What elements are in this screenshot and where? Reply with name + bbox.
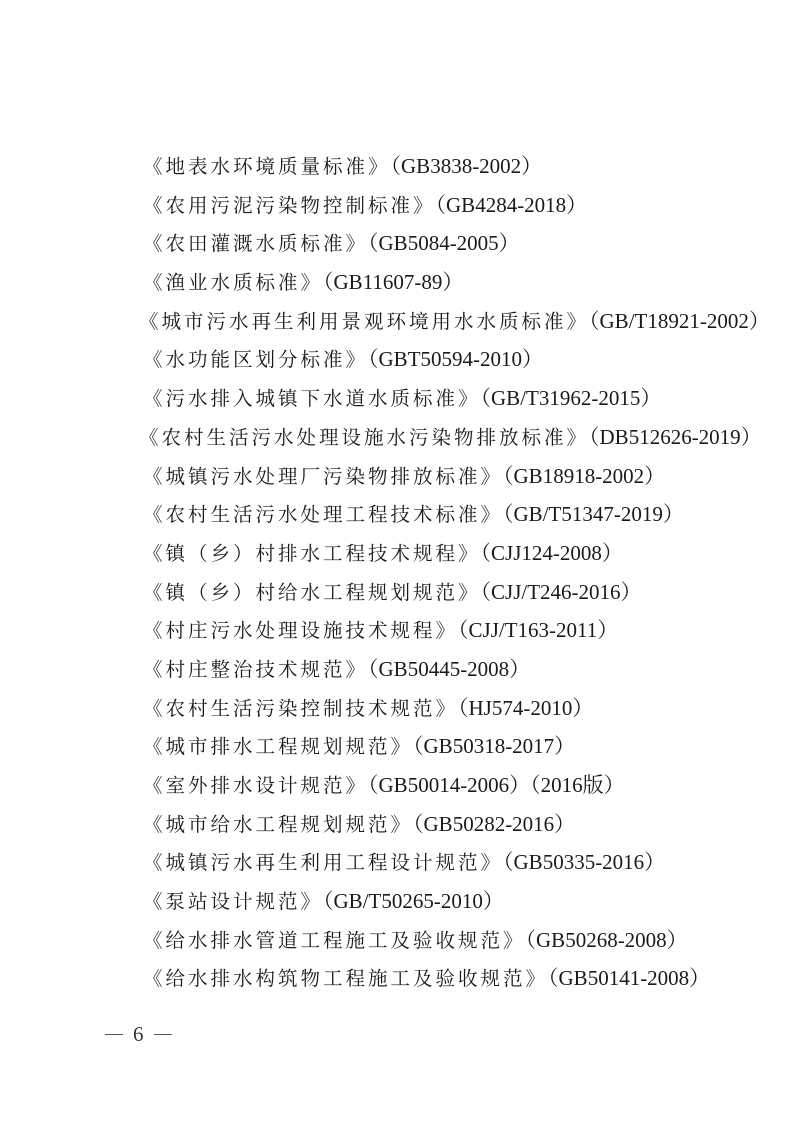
document-page: 《地表水环境质量标准》（GB3838-2002） 《农用污泥污染物控制标准》（G… [0, 0, 793, 1122]
reference-item: 《农村生活污染控制技术规范》（HJ574-2010） [143, 689, 770, 728]
reference-code: （GB4284-2018） [436, 193, 588, 217]
reference-item: 《室外排水设计规范》（GB50014-2006）（2016版） [143, 766, 770, 805]
reference-item: 《镇（乡）村排水工程技术规程》（CJJ124-2008） [143, 534, 770, 573]
dash-right [154, 1034, 172, 1035]
reference-item: 《农村生活污水处理工程技术标准》（GB/T51347-2019） [143, 495, 770, 534]
reference-code: （GB/T50265-2010） [323, 889, 504, 913]
reference-title: 《村庄整治技术规范》 [143, 658, 368, 681]
reference-code: （GB/T31962-2015） [481, 386, 662, 410]
reference-title: 《城镇污水再生利用工程设计规范》 [143, 851, 503, 874]
reference-code: （GB18918-2002） [503, 464, 665, 488]
reference-item: 《城镇污水处理厂污染物排放标准》（GB18918-2002） [143, 457, 770, 496]
reference-item: 《农用污泥污染物控制标准》（GB4284-2018） [143, 186, 770, 225]
reference-item: 《给水排水管道工程施工及验收规范》（GB50268-2008） [143, 921, 770, 960]
reference-code: （DB512626-2019） [589, 425, 762, 449]
reference-title: 《村庄污水处理设施技术规程》 [143, 619, 458, 642]
reference-item: 《污水排入城镇下水道水质标准》（GB/T31962-2015） [143, 379, 770, 418]
reference-code: （GB50318-2017） [413, 734, 575, 758]
reference-code: （GB50268-2008） [526, 928, 688, 952]
reference-item: 《城市排水工程规划规范》（GB50318-2017） [143, 727, 770, 766]
reference-title: 《镇（乡）村给水工程规划规范》 [143, 581, 481, 604]
reference-title: 《给水排水管道工程施工及验收规范》 [143, 929, 526, 952]
reference-code: （CJJ124-2008） [481, 541, 623, 565]
reference-code: （GB50014-2006）（2016版） [368, 773, 625, 797]
reference-item: 《农村生活污水处理设施水污染物排放标准》（DB512626-2019） [139, 418, 770, 457]
reference-title: 《给水排水构筑物工程施工及验收规范》 [143, 967, 548, 990]
reference-title: 《农村生活污水处理设施水污染物排放标准》 [139, 426, 589, 449]
reference-code: （HJ574-2010） [458, 696, 593, 720]
reference-code: （GB50335-2016） [503, 850, 665, 874]
dash-left [105, 1034, 123, 1035]
reference-item: 《村庄污水处理设施技术规程》（CJJ/T163-2011） [143, 611, 770, 650]
reference-item: 《村庄整治技术规范》（GB50445-2008） [143, 650, 770, 689]
reference-title: 《镇（乡）村排水工程技术规程》 [143, 542, 481, 565]
reference-title: 《城市给水工程规划规范》 [143, 813, 413, 836]
reference-item: 《镇（乡）村给水工程规划规范》（CJJ/T246-2016） [143, 573, 770, 612]
reference-item: 《水功能区划分标准》（GBT50594-2010） [143, 340, 770, 379]
reference-code: （GB50445-2008） [368, 657, 530, 681]
reference-item: 《城市给水工程规划规范》（GB50282-2016） [143, 805, 770, 844]
reference-code: （GB11607-89） [323, 270, 463, 294]
reference-title: 《渔业水质标准》 [143, 271, 323, 294]
page-number: 6 [105, 1022, 172, 1047]
reference-title: 《水功能区划分标准》 [143, 348, 368, 371]
reference-code: （GB50141-2008） [548, 966, 710, 990]
reference-code: （GB/T51347-2019） [503, 502, 684, 526]
reference-title: 《污水排入城镇下水道水质标准》 [143, 387, 481, 410]
reference-item: 《给水排水构筑物工程施工及验收规范》（GB50141-2008） [143, 959, 770, 998]
reference-item: 《地表水环境质量标准》（GB3838-2002） [143, 147, 770, 186]
reference-item: 《渔业水质标准》（GB11607-89） [143, 263, 770, 302]
reference-code: （GB50282-2016） [413, 812, 575, 836]
reference-item: 《泵站设计规范》（GB/T50265-2010） [143, 882, 770, 921]
reference-title: 《地表水环境质量标准》 [143, 155, 391, 178]
reference-code: （GB/T18921-2002） [589, 309, 770, 333]
reference-title: 《农用污泥污染物控制标准》 [143, 194, 436, 217]
reference-item: 《农田灌溉水质标准》（GB5084-2005） [143, 224, 770, 263]
reference-title: 《农田灌溉水质标准》 [143, 232, 368, 255]
reference-title: 《泵站设计规范》 [143, 890, 323, 913]
reference-title: 《农村生活污染控制技术规范》 [143, 697, 458, 720]
reference-title: 《室外排水设计规范》 [143, 774, 368, 797]
reference-code: （CJJ/T246-2016） [481, 580, 642, 604]
reference-list: 《地表水环境质量标准》（GB3838-2002） 《农用污泥污染物控制标准》（G… [143, 147, 770, 998]
reference-title: 《城镇污水处理厂污染物排放标准》 [143, 465, 503, 488]
reference-code: （CJJ/T163-2011） [458, 618, 618, 642]
reference-title: 《城市污水再生利用景观环境用水水质标准》 [139, 310, 589, 333]
reference-code: （GB3838-2002） [391, 154, 543, 178]
reference-title: 《农村生活污水处理工程技术标准》 [143, 503, 503, 526]
reference-item: 《城镇污水再生利用工程设计规范》（GB50335-2016） [143, 843, 770, 882]
reference-code: （GB5084-2005） [368, 231, 520, 255]
page-number-value: 6 [133, 1022, 144, 1047]
reference-item: 《城市污水再生利用景观环境用水水质标准》（GB/T18921-2002） [139, 302, 770, 341]
reference-code: （GBT50594-2010） [368, 347, 543, 371]
reference-title: 《城市排水工程规划规范》 [143, 735, 413, 758]
